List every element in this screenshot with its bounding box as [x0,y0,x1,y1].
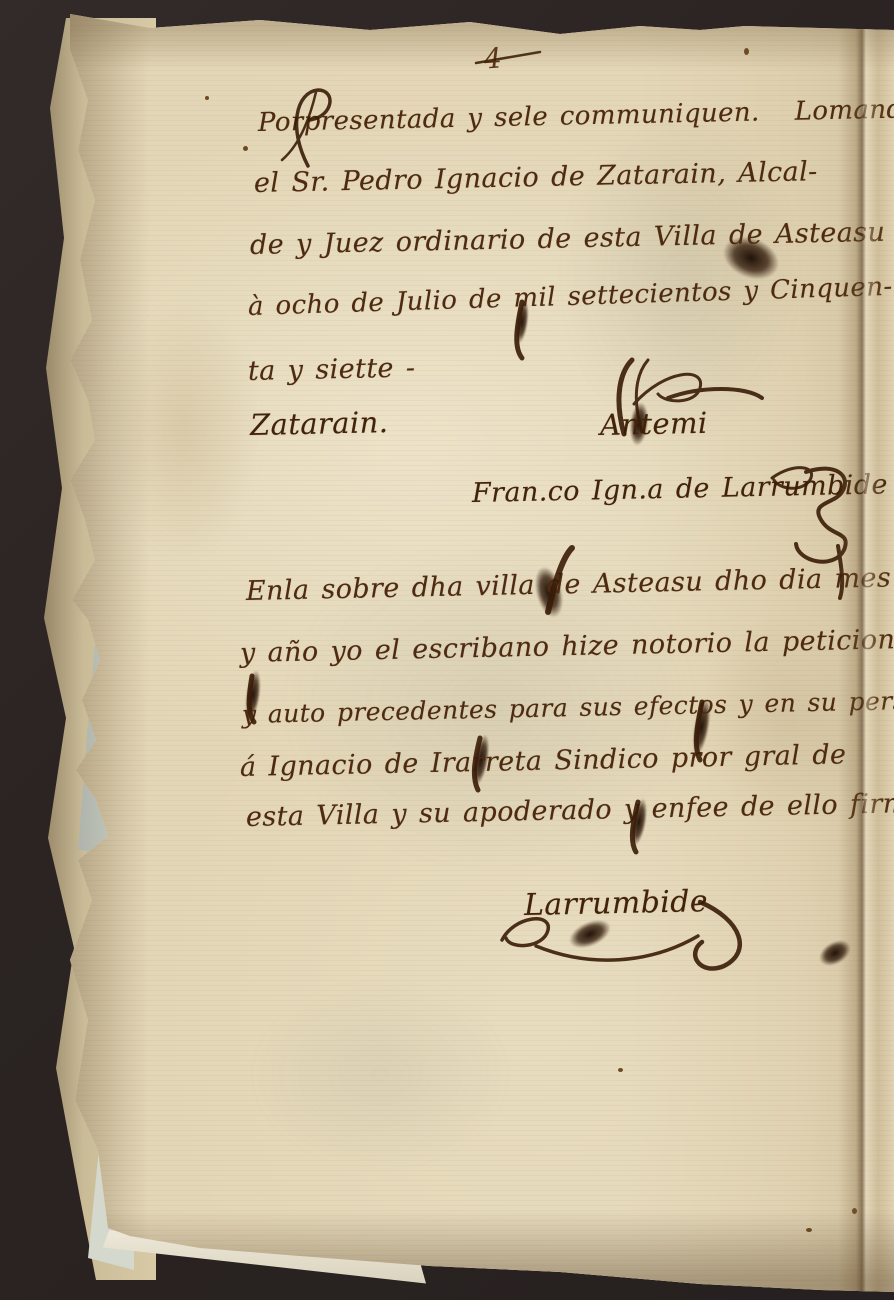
folio-number: 4 [483,41,503,75]
manuscript-page: 4 Porpresentada y sele communiquen. Loma… [0,0,894,1300]
verso-show-through [560,110,800,440]
rubric-larrumbide-loop [772,468,812,489]
ink-blot-large [717,229,786,288]
ink-blot [470,733,493,787]
signature-ante-mi: Antemi [600,406,708,442]
ink-stroke-descender [474,738,480,790]
ink-stroke-descender [838,546,842,598]
ink-blot [628,401,651,447]
notification-line: y año yo el escribano hize notorio la pe… [240,624,894,669]
paraph-ante-mi-loop [634,374,701,404]
folio-strike [476,52,540,63]
ink-stroke-descender [632,802,638,852]
flourish-larrumbide [536,936,698,960]
decree-line: el Sr. Pedro Ignacio de Zatarain, Alcal- [254,156,818,199]
gutter-crease [838,26,894,1294]
ink-stroke-descender [696,702,702,760]
ink-blot [243,669,264,720]
ink-blot [815,935,855,971]
flourish-larrumbide [502,919,548,946]
paraph-ante-mi [636,360,648,432]
ink-stroke-descender [517,302,522,358]
decree-line: ta y siette - [248,352,416,386]
decree-line: à ocho de Julio de mil settecientos y Ci… [248,272,893,322]
signature-larrumbide-short: Larrumbide [524,884,709,923]
notification-line: esta Villa y su apoderado y enfee de ell… [246,788,894,833]
flourish-capital-p [297,90,330,166]
decree-line: Porpresentada y sele communiquen. Lomand… [258,94,894,138]
rubric-larrumbide [796,469,846,562]
signature-zatarain: Zatarain. [250,405,389,442]
paraph-ante-mi-swash [668,389,762,398]
manuscript-photograph: 4 Porpresentada y sele communiquen. Loma… [0,0,894,1300]
ink-blot [689,697,714,757]
ink-stroke-descender [548,548,572,612]
foxing-speck [852,1208,857,1214]
foxing-speck [744,48,749,55]
foxing-stain [110,300,260,560]
ink-flourishes-svg [0,0,894,1300]
verso-show-through [250,980,510,1170]
signature-larrumbide-full: Fran.co Ign.a de Larrumbide [472,469,888,509]
foxing-stain [700,620,870,820]
notification-line: Enla sobre dha villa de Asteasu dho dia … [246,562,892,607]
foxing-speck [205,96,209,100]
flourish-capital-p-tail [282,92,316,160]
verso-show-through [280,540,700,870]
notification-line: á Ignacio de Irarreta Sindico pror gral … [240,739,847,783]
foxing-speck [806,1228,812,1232]
notification-line: y auto precedentes para sus efectos y en… [242,685,894,729]
decree-line: de y Juez ordinario de esta Villa de Ast… [250,217,886,261]
ink-blot [530,564,568,621]
ink-blot [628,797,650,847]
paraph-ante-mi [619,360,632,434]
flourish-larrumbide-swash [695,902,740,969]
foxing-speck [243,146,248,151]
foxing-speck [618,1068,623,1072]
ink-stroke-descender [249,676,254,722]
ink-blot [565,914,615,954]
ink-blot [513,299,531,344]
